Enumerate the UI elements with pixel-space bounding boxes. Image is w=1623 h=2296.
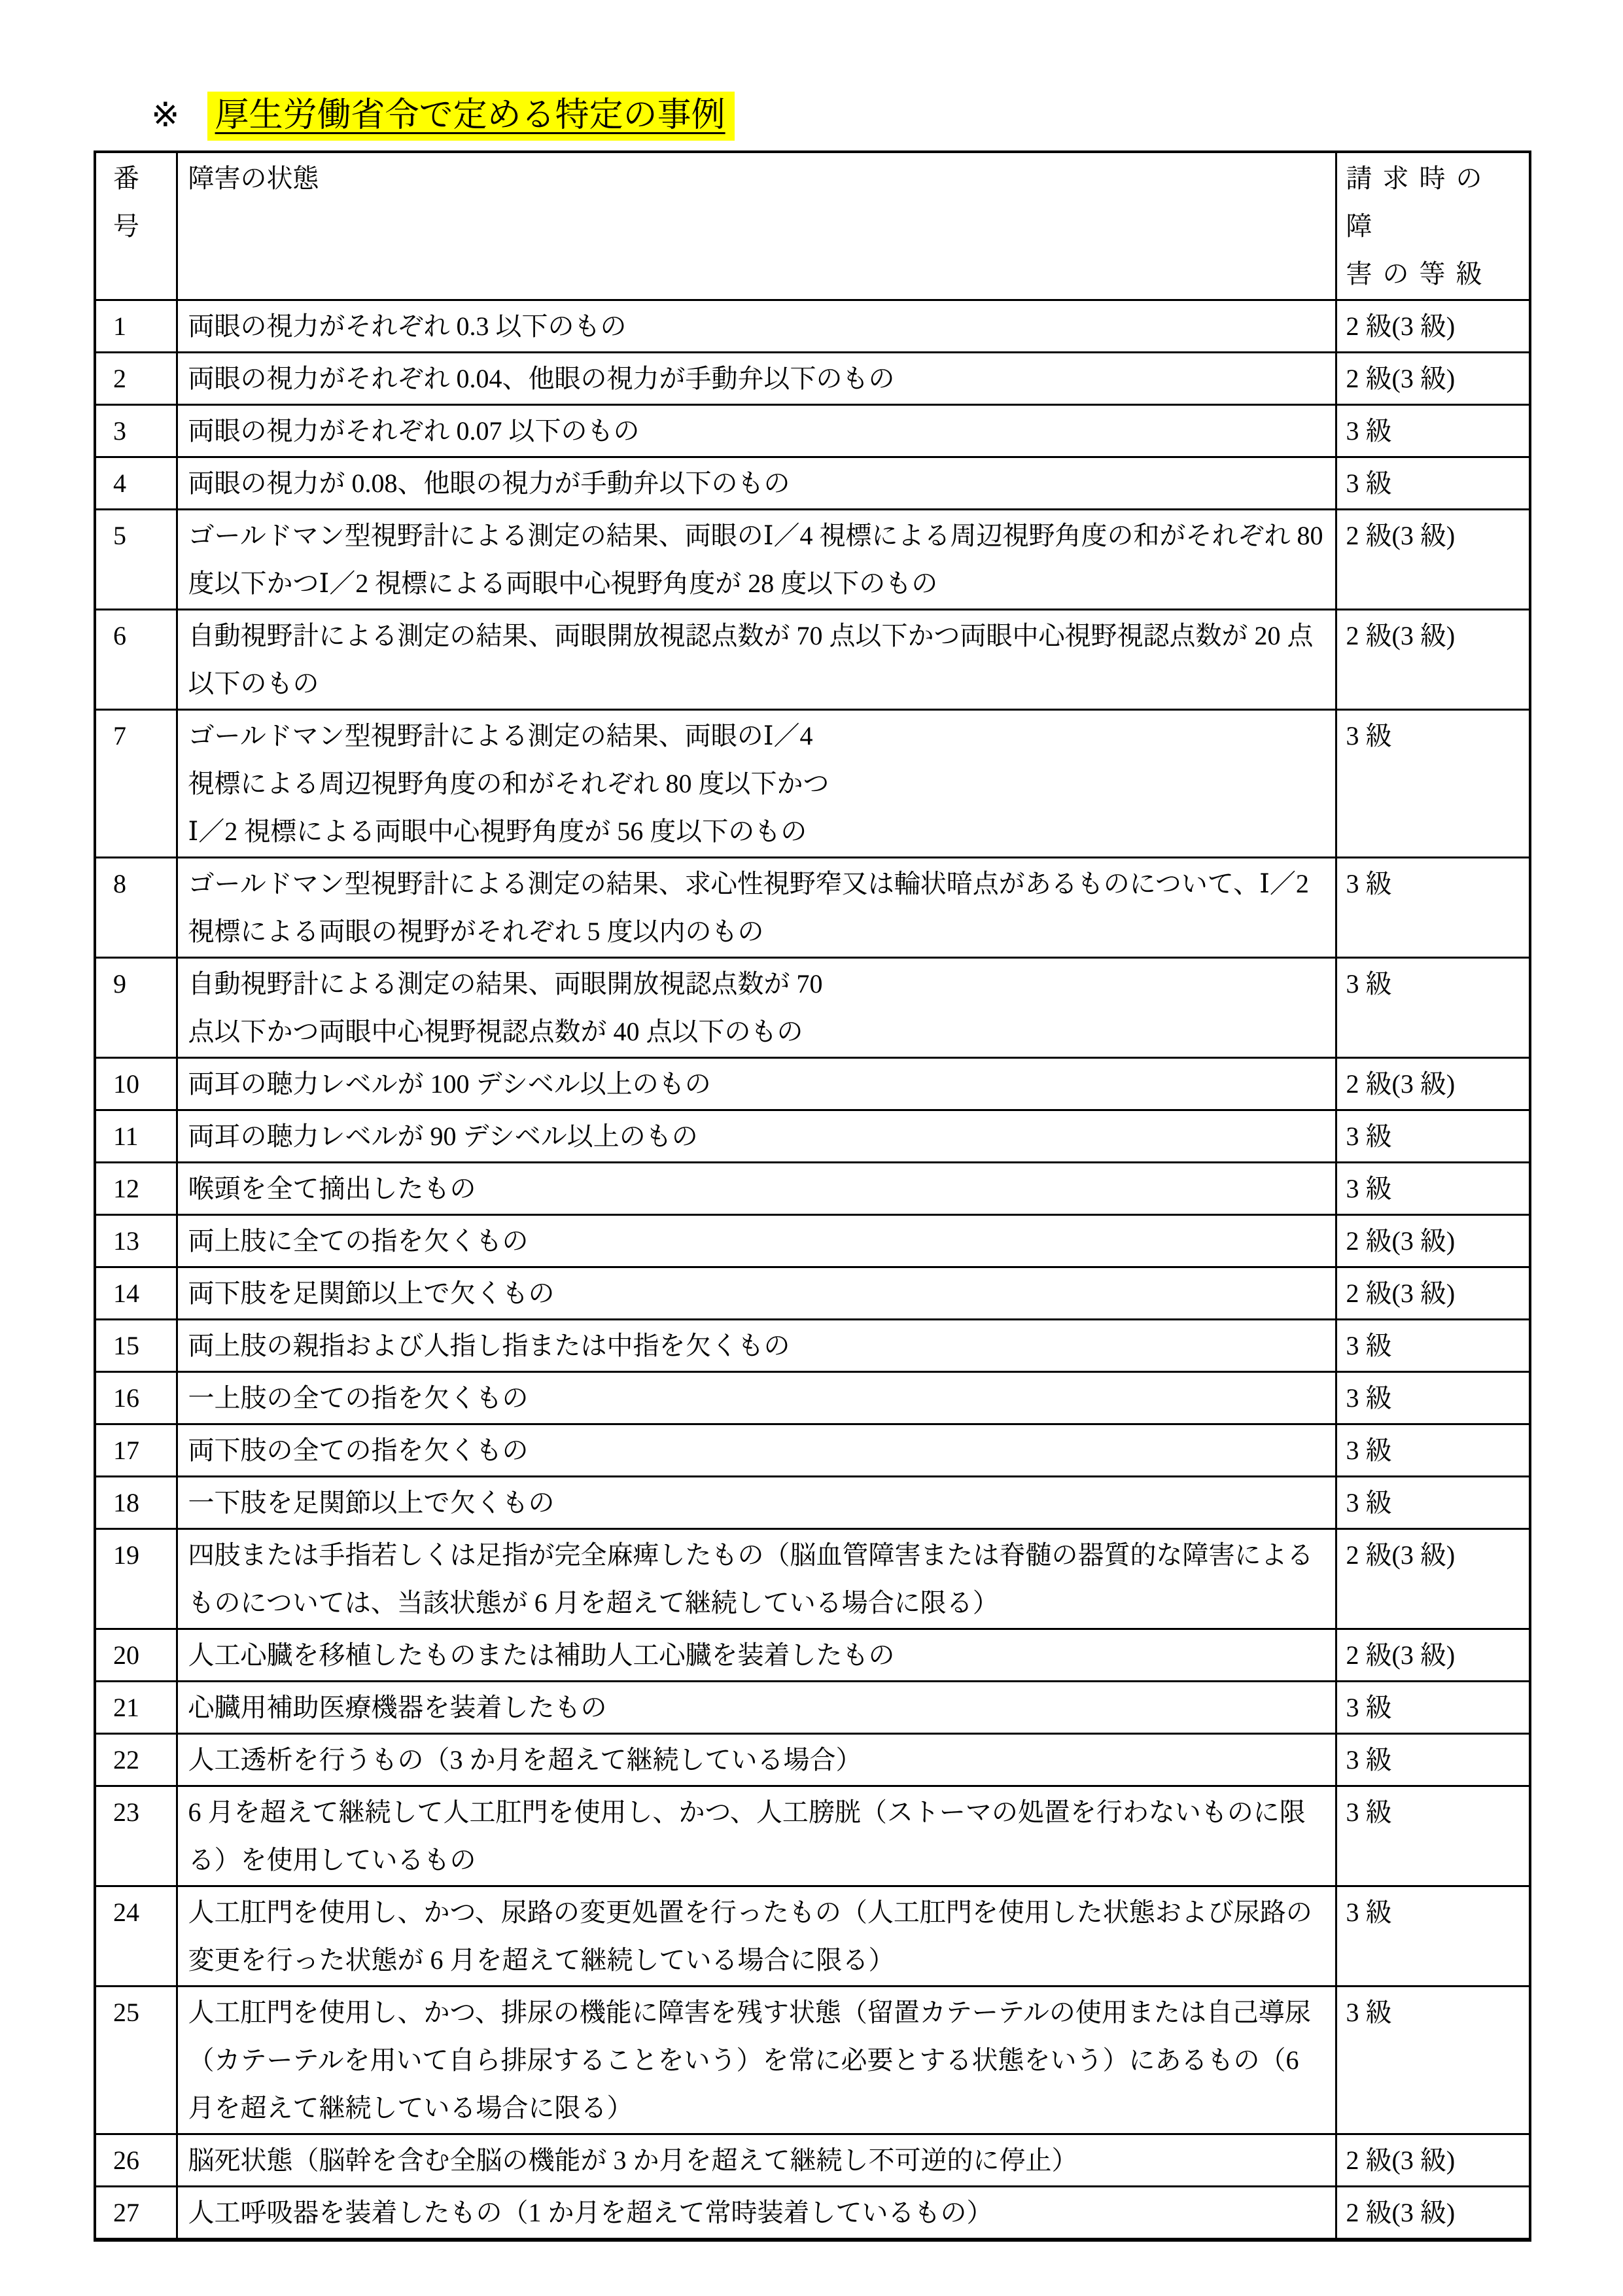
row-number-cell: 21: [95, 1682, 177, 1734]
row-number-cell: 27: [95, 2187, 177, 2240]
table-header: 番 号 障害の状態 請求時の障 害の等級: [95, 152, 1530, 300]
condition-cell: 両眼の視力がそれぞれ 0.3 以下のもの: [177, 300, 1336, 353]
grade-cell: 3 級: [1336, 1786, 1530, 1886]
table-row: 25 人工肛門を使用し、かつ、排尿の機能に障害を残す状態（留置カテーテルの使用ま…: [95, 1987, 1530, 2134]
row-number-cell: 25: [95, 1987, 177, 2134]
condition-cell: 両耳の聴力レベルが 100 デシベル以上のもの: [177, 1058, 1336, 1110]
grade-cell: 2 級(3 級): [1336, 2187, 1530, 2240]
table-row: 10 両耳の聴力レベルが 100 デシベル以上のもの 2 級(3 級): [95, 1058, 1530, 1110]
grade-cell: 3 級: [1336, 457, 1530, 510]
table-row: 19 四肢または手指若しくは足指が完全麻痺したもの（脳血管障害または脊髄の器質的…: [95, 1529, 1530, 1629]
header-grade: 請求時の障 害の等級: [1336, 152, 1530, 300]
grade-cell: 2 級(3 級): [1336, 1215, 1530, 1267]
grade-cell: 3 級: [1336, 1477, 1530, 1529]
condition-cell: 喉頭を全て摘出したもの: [177, 1163, 1336, 1215]
table-row: 2 両眼の視力がそれぞれ 0.04、他眼の視力が手動弁以下のもの 2 級(3 級…: [95, 353, 1530, 405]
grade-cell: 3 級: [1336, 1372, 1530, 1424]
table-row: 14 両下肢を足関節以上で欠くもの 2 級(3 級): [95, 1267, 1530, 1320]
row-number-cell: 1: [95, 300, 177, 353]
table-row: 6 自動視野計による測定の結果、両眼開放視認点数が 70 点以下かつ両眼中心視野…: [95, 610, 1530, 710]
condition-cell: 人工肛門を使用し、かつ、排尿の機能に障害を残す状態（留置カテーテルの使用または自…: [177, 1987, 1336, 2134]
table-body: 1 両眼の視力がそれぞれ 0.3 以下のもの 2 級(3 級) 2 両眼の視力が…: [95, 300, 1530, 2240]
condition-cell: 一上肢の全ての指を欠くもの: [177, 1372, 1336, 1424]
row-number-cell: 2: [95, 353, 177, 405]
grade-cell: 3 級: [1336, 958, 1530, 1058]
row-number-cell: 20: [95, 1629, 177, 1682]
row-number-cell: 9: [95, 958, 177, 1058]
condition-cell: 両上肢に全ての指を欠くもの: [177, 1215, 1336, 1267]
table-row: 1 両眼の視力がそれぞれ 0.3 以下のもの 2 級(3 級): [95, 300, 1530, 353]
table-row: 11 両耳の聴力レベルが 90 デシベル以上のもの 3 級: [95, 1110, 1530, 1163]
header-condition: 障害の状態: [177, 152, 1336, 300]
document-page: ※厚生労働省令で定める特定の事例 番 号 障害の状態 請求時の障 害の等級 1 …: [0, 0, 1623, 2296]
condition-cell: ゴールドマン型視野計による測定の結果、両眼のⅠ／4 視標による周辺視野角度の和が…: [177, 510, 1336, 610]
row-number-cell: 15: [95, 1320, 177, 1372]
table-row: 18 一下肢を足関節以上で欠くもの 3 級: [95, 1477, 1530, 1529]
condition-cell: ゴールドマン型視野計による測定の結果、両眼のⅠ／4 視標による周辺視野角度の和が…: [177, 710, 1336, 858]
table-row: 15 両上肢の親指および人指し指または中指を欠くもの 3 級: [95, 1320, 1530, 1372]
table-row: 4 両眼の視力が 0.08、他眼の視力が手動弁以下のもの 3 級: [95, 457, 1530, 510]
condition-cell: 両上肢の親指および人指し指または中指を欠くもの: [177, 1320, 1336, 1372]
table-row: 3 両眼の視力がそれぞれ 0.07 以下のもの 3 級: [95, 405, 1530, 457]
table-row: 5 ゴールドマン型視野計による測定の結果、両眼のⅠ／4 視標による周辺視野角度の…: [95, 510, 1530, 610]
table-row: 12 喉頭を全て摘出したもの 3 級: [95, 1163, 1530, 1215]
heading-highlighted-text: 厚生労働省令で定める特定の事例: [207, 92, 735, 141]
condition-cell: 四肢または手指若しくは足指が完全麻痺したもの（脳血管障害または脊髄の器質的な障害…: [177, 1529, 1336, 1629]
condition-cell: 両眼の視力がそれぞれ 0.04、他眼の視力が手動弁以下のもの: [177, 353, 1336, 405]
grade-cell: 3 級: [1336, 1163, 1530, 1215]
grade-cell: 3 級: [1336, 1320, 1530, 1372]
row-number-cell: 23: [95, 1786, 177, 1886]
condition-cell: 心臓用補助医療機器を装着したもの: [177, 1682, 1336, 1734]
table-row: 16 一上肢の全ての指を欠くもの 3 級: [95, 1372, 1530, 1424]
grade-cell: 2 級(3 級): [1336, 1529, 1530, 1629]
grade-cell: 2 級(3 級): [1336, 1629, 1530, 1682]
row-number-cell: 13: [95, 1215, 177, 1267]
grade-cell: 3 級: [1336, 1424, 1530, 1477]
table-row: 21 心臓用補助医療機器を装着したもの 3 級: [95, 1682, 1530, 1734]
condition-cell: 6 月を超えて継続して人工肛門を使用し、かつ、人工膀胱（ストーマの処置を行わない…: [177, 1786, 1336, 1886]
grade-cell: 3 級: [1336, 1734, 1530, 1786]
grade-cell: 2 級(3 級): [1336, 353, 1530, 405]
grade-cell: 3 級: [1336, 1682, 1530, 1734]
table-row: 20 人工心臓を移植したものまたは補助人工心臓を装着したもの 2 級(3 級): [95, 1629, 1530, 1682]
condition-cell: 自動視野計による測定の結果、両眼開放視認点数が 70 点以下かつ両眼中心視野視認…: [177, 610, 1336, 710]
condition-cell: 両眼の視力が 0.08、他眼の視力が手動弁以下のもの: [177, 457, 1336, 510]
condition-cell: 両下肢を足関節以上で欠くもの: [177, 1267, 1336, 1320]
condition-cell: 一下肢を足関節以上で欠くもの: [177, 1477, 1336, 1529]
condition-cell: 人工呼吸器を装着したもの（1 か月を超えて常時装着しているもの）: [177, 2187, 1336, 2240]
grade-cell: 2 級(3 級): [1336, 2134, 1530, 2187]
table-row: 7 ゴールドマン型視野計による測定の結果、両眼のⅠ／4 視標による周辺視野角度の…: [95, 710, 1530, 858]
table-row: 26 脳死状態（脳幹を含む全脳の機能が 3 か月を超えて継続し不可逆的に停止） …: [95, 2134, 1530, 2187]
header-row: 番 号 障害の状態 請求時の障 害の等級: [95, 152, 1530, 300]
table-row: 17 両下肢の全ての指を欠くもの 3 級: [95, 1424, 1530, 1477]
row-number-cell: 6: [95, 610, 177, 710]
table-row: 22 人工透析を行うもの（3 か月を超えて継続している場合） 3 級: [95, 1734, 1530, 1786]
row-number-cell: 8: [95, 858, 177, 958]
grade-cell: 3 級: [1336, 1987, 1530, 2134]
grade-cell: 3 級: [1336, 1886, 1530, 1987]
table-row: 13 両上肢に全ての指を欠くもの 2 級(3 級): [95, 1215, 1530, 1267]
row-number-cell: 7: [95, 710, 177, 858]
row-number-cell: 16: [95, 1372, 177, 1424]
row-number-cell: 18: [95, 1477, 177, 1529]
grade-cell: 3 級: [1336, 405, 1530, 457]
section-heading: ※厚生労働省令で定める特定の事例: [151, 92, 735, 140]
table-row: 8 ゴールドマン型視野計による測定の結果、求心性視野窄又は輪状暗点があるものにつ…: [95, 858, 1530, 958]
condition-cell: 自動視野計による測定の結果、両眼開放視認点数が 70 点以下かつ両眼中心視野視認…: [177, 958, 1336, 1058]
grade-cell: 2 級(3 級): [1336, 610, 1530, 710]
disability-grade-table: 番 号 障害の状態 請求時の障 害の等級 1 両眼の視力がそれぞれ 0.3 以下…: [94, 150, 1531, 2242]
row-number-cell: 12: [95, 1163, 177, 1215]
row-number-cell: 3: [95, 405, 177, 457]
table-row: 9 自動視野計による測定の結果、両眼開放視認点数が 70 点以下かつ両眼中心視野…: [95, 958, 1530, 1058]
condition-cell: 両下肢の全ての指を欠くもの: [177, 1424, 1336, 1477]
row-number-cell: 10: [95, 1058, 177, 1110]
row-number-cell: 19: [95, 1529, 177, 1629]
grade-cell: 3 級: [1336, 858, 1530, 958]
row-number-cell: 26: [95, 2134, 177, 2187]
table-row: 24 人工肛門を使用し、かつ、尿路の変更処置を行ったもの（人工肛門を使用した状態…: [95, 1886, 1530, 1987]
row-number-cell: 24: [95, 1886, 177, 1987]
table-row: 27 人工呼吸器を装着したもの（1 か月を超えて常時装着しているもの） 2 級(…: [95, 2187, 1530, 2240]
grade-cell: 2 級(3 級): [1336, 1267, 1530, 1320]
row-number-cell: 5: [95, 510, 177, 610]
grade-cell: 3 級: [1336, 1110, 1530, 1163]
grade-cell: 2 級(3 級): [1336, 510, 1530, 610]
row-number-cell: 17: [95, 1424, 177, 1477]
row-number-cell: 4: [95, 457, 177, 510]
condition-cell: 両耳の聴力レベルが 90 デシベル以上のもの: [177, 1110, 1336, 1163]
table-row: 23 6 月を超えて継続して人工肛門を使用し、かつ、人工膀胱（ストーマの処置を行…: [95, 1786, 1530, 1886]
condition-cell: 脳死状態（脳幹を含む全脳の機能が 3 か月を超えて継続し不可逆的に停止）: [177, 2134, 1336, 2187]
condition-cell: ゴールドマン型視野計による測定の結果、求心性視野窄又は輪状暗点があるものについて…: [177, 858, 1336, 958]
row-number-cell: 22: [95, 1734, 177, 1786]
condition-cell: 人工肛門を使用し、かつ、尿路の変更処置を行ったもの（人工肛門を使用した状態および…: [177, 1886, 1336, 1987]
grade-cell: 2 級(3 級): [1336, 1058, 1530, 1110]
reference-mark: ※: [151, 92, 180, 140]
condition-cell: 人工透析を行うもの（3 か月を超えて継続している場合）: [177, 1734, 1336, 1786]
condition-cell: 人工心臓を移植したものまたは補助人工心臓を装着したもの: [177, 1629, 1336, 1682]
condition-cell: 両眼の視力がそれぞれ 0.07 以下のもの: [177, 405, 1336, 457]
grade-cell: 3 級: [1336, 710, 1530, 858]
header-number: 番 号: [95, 152, 177, 300]
row-number-cell: 14: [95, 1267, 177, 1320]
grade-cell: 2 級(3 級): [1336, 300, 1530, 353]
row-number-cell: 11: [95, 1110, 177, 1163]
